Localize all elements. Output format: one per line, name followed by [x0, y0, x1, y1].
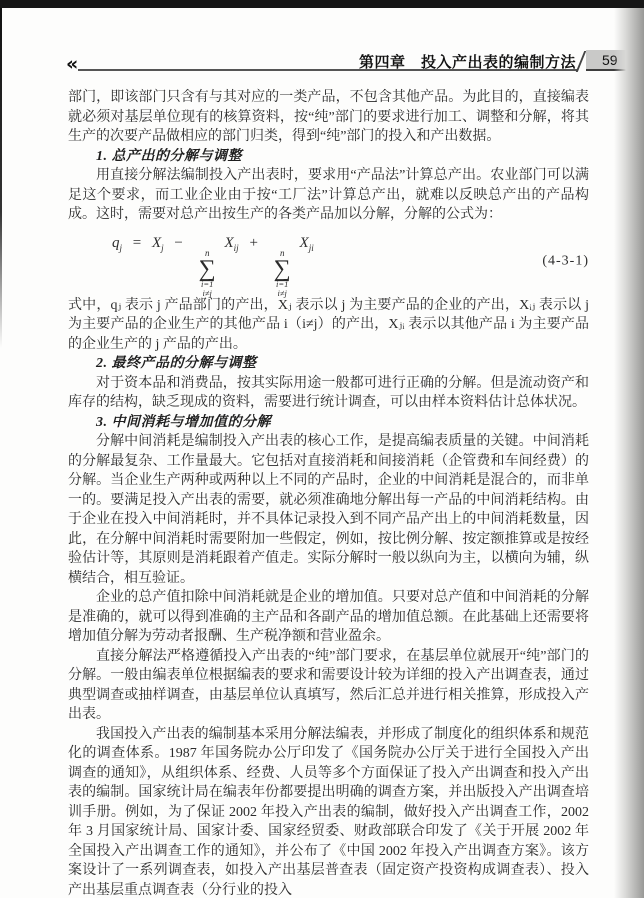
summation-1: n ∑ i=1 i≠j — [199, 249, 216, 298]
summation-2: n ∑ i=1 i≠j — [274, 249, 291, 298]
page-right-edge-shadow — [614, 8, 644, 898]
page-number: 59 — [586, 52, 618, 68]
var-x3: X — [300, 235, 309, 251]
formula-expression: qj = Xj − n ∑ i=1 i≠j Xij + n ∑ i=1 i≠j … — [112, 234, 314, 289]
paragraph-4: 对于资本品和消费品，按其实际用途一般都可进行正确的分解。但是流动资产和库存的结构… — [68, 374, 589, 413]
sigma-symbol: ∑ — [274, 259, 291, 279]
equals-sign: = — [133, 235, 141, 251]
section-heading-3: 3. 中间消耗与增加值的分解 — [68, 413, 589, 433]
page-top-edge — [0, 0, 644, 8]
var-x3-sub: ji — [309, 243, 314, 253]
page-body: 部门，即该部门只含有与其对应的一类产品，不包含其他产品。为此目的，直接编表就必须… — [68, 88, 589, 898]
header-slash — [576, 50, 586, 72]
section-heading-2: 2. 最终产品的分解与调整 — [68, 354, 589, 374]
paragraph-8: 我国投入产出表的编制基本采用分解法编表，并形成了制度化的组织体系和规范化的调查体… — [68, 725, 589, 898]
var-x2: X — [225, 235, 234, 251]
paragraph-2: 用直接分解法编制投入产出表时，要求用“产品法”计算总产出。农业部门可以满足这个要… — [68, 166, 589, 225]
minus-sign: − — [174, 235, 182, 251]
equation-number: (4-3-1) — [542, 251, 589, 271]
chapter-title: 第四章 投入产出表的编制方法 — [359, 51, 576, 72]
double-chevron-icon: « — [66, 53, 75, 75]
paragraph-3: 式中，qⱼ 表示 j 产品部门的产出，Xⱼ 表示以 j 为主要产品的企业的产出，… — [68, 296, 589, 355]
sigma-symbol: ∑ — [199, 259, 216, 279]
var-x2-sub: ij — [234, 243, 239, 253]
var-x1: X — [152, 235, 161, 251]
page-left-edge — [0, 8, 2, 348]
var-q: q — [112, 235, 120, 251]
var-q-sub: j — [120, 243, 123, 253]
paragraph-6: 企业的总产值扣除中间消耗就是企业的增加值。只要对总产值和中间消耗的分解是准确的，… — [68, 588, 589, 647]
section-heading-1: 1. 总产出的分解与调整 — [68, 147, 589, 167]
page-number-box: 59 — [586, 50, 644, 71]
sum-lower-limit: i=1 — [276, 280, 288, 289]
paragraph-7: 直接分解法严格遵循投入产出表的“纯”部门要求，在基层单位就展开“纯”部门的分解。… — [68, 647, 589, 725]
sum-condition: i≠j — [203, 289, 212, 298]
sum-lower-limit: i=1 — [201, 280, 213, 289]
var-x1-sub: j — [161, 243, 164, 253]
paragraph-5: 分解中间消耗是编制投入产出表的核心工作，是提高编表质量的关键。中间消耗的分解最复… — [68, 432, 589, 588]
paragraph-1: 部门，即该部门只含有与其对应的一类产品，不包含其他产品。为此目的，直接编表就必须… — [68, 88, 589, 147]
sum-condition: i≠j — [278, 289, 287, 298]
formula-4-3-1: qj = Xj − n ∑ i=1 i≠j Xij + n ∑ i=1 i≠j … — [68, 234, 589, 289]
plus-sign: + — [249, 235, 257, 251]
